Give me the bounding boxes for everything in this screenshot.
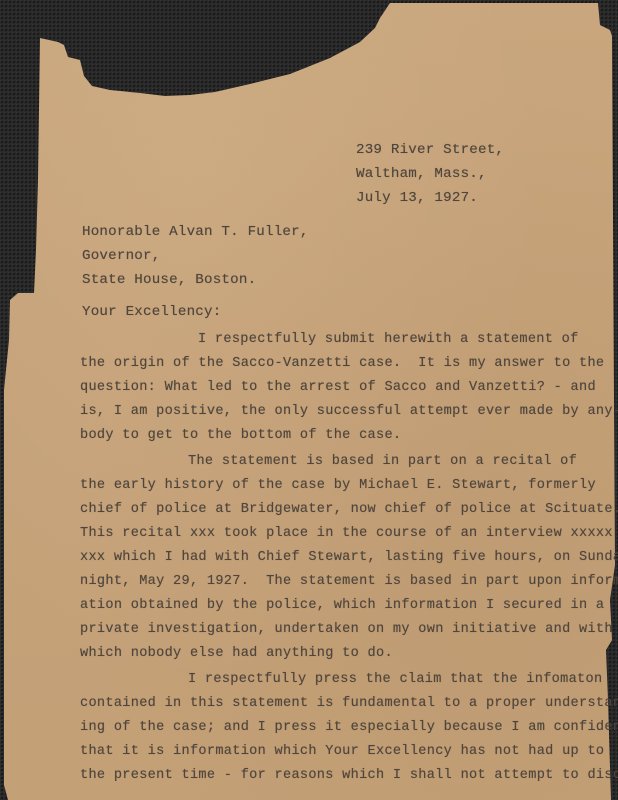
body-line: the early history of the case by Michael…	[80, 476, 596, 496]
body-line: the present time - for reasons which I s…	[80, 766, 618, 786]
body-line: This recital xxx took place in the cours…	[80, 524, 613, 544]
letter-body: I respectfully submit herewith a stateme…	[80, 330, 570, 800]
recipient-address: State House, Boston.	[82, 270, 256, 290]
body-line: I respectfully submit herewith a stateme…	[198, 330, 579, 350]
salutation: Your Excellency:	[82, 304, 221, 320]
return-street: 239 River Street,	[356, 140, 504, 160]
return-address: 239 River Street, Waltham, Mass., July 1…	[356, 140, 556, 210]
body-line: body to get to the bottom of the case.	[80, 426, 401, 446]
body-line: night, May 29, 1927. The statement is ba…	[80, 572, 618, 592]
return-city: Waltham, Mass.,	[356, 164, 487, 184]
body-line: ing of the case; and I press it especial…	[80, 718, 618, 738]
body-line: that it is information which Your Excell…	[80, 742, 604, 762]
body-line: contained in this statement is fundament…	[80, 694, 618, 714]
body-line: xxx which I had with Chief Stewart, last…	[80, 548, 618, 568]
recipient-block: Honorable Alvan T. Fuller, Governor, Sta…	[82, 222, 382, 292]
body-line: is, I am positive, the only successful a…	[80, 402, 618, 422]
body-line: The statement is based in part on a reci…	[188, 452, 577, 472]
recipient-name: Honorable Alvan T. Fuller,	[82, 222, 309, 242]
body-line: the origin of the Sacco-Vanzetti case. I…	[80, 354, 604, 374]
body-line: question: What led to the arrest of Sacc…	[80, 378, 596, 398]
body-line: chief of police at Bridgewater, now chie…	[80, 500, 618, 520]
body-line: which nobody else had anything to do.	[80, 644, 393, 664]
letter-date: July 13, 1927.	[356, 188, 478, 208]
body-line: I respectfully press the claim that the …	[188, 670, 602, 690]
recipient-title: Governor,	[82, 246, 160, 266]
body-line: ation obtained by the police, which info…	[80, 596, 604, 616]
body-line: private investigation, undertaken on my …	[80, 620, 613, 640]
